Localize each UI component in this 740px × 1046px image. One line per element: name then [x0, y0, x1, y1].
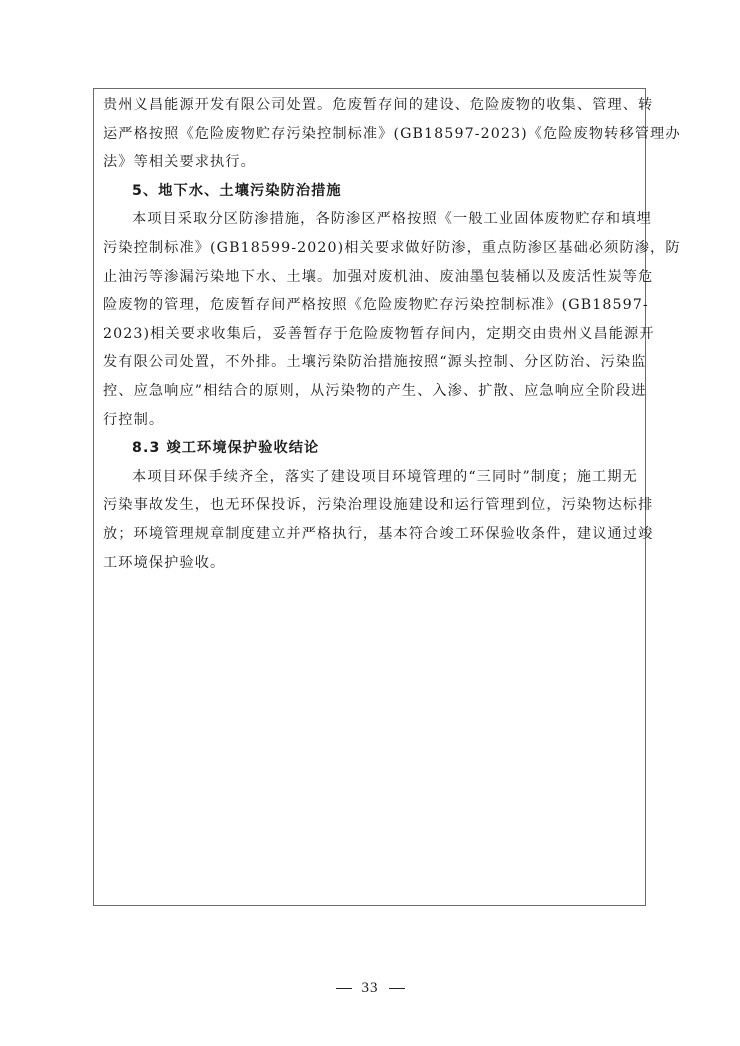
- text-line: 污染控制标准》(GB18599-2020)相关要求做好防渗，重点防渗区基础必须防…: [103, 234, 639, 263]
- text-line: 污染事故发生，也无环保投诉，污染治理设施建设和运行管理到位，污染物达标排: [103, 491, 639, 520]
- page-number: 33: [362, 980, 379, 996]
- dash-right: [389, 988, 405, 989]
- text-line: 险废物的管理，危废暂存间严格按照《危险废物贮存污染控制标准》(GB18597-: [103, 291, 639, 320]
- text-line: 本项目环保手续齐全，落实了建设项目环境管理的“三同时”制度；施工期无: [103, 463, 639, 492]
- page-number-footer: 33: [0, 980, 740, 997]
- text-line: 2023)相关要求收集后，妥善暂存于危险废物暂存间内，定期交由贵州义昌能源开: [103, 320, 639, 349]
- content-table-cell: 贵州义昌能源开发有限公司处置。危废暂存间的建设、危险废物的收集、管理、转 运严格…: [93, 88, 646, 906]
- text-line: 贵州义昌能源开发有限公司处置。危废暂存间的建设、危险废物的收集、管理、转: [103, 91, 639, 120]
- text-line: 本项目采取分区防渗措施，各防渗区严格按照《一般工业固体废物贮存和填埋: [103, 205, 639, 234]
- cell-content: 贵州义昌能源开发有限公司处置。危废暂存间的建设、危险废物的收集、管理、转 运严格…: [103, 91, 639, 577]
- section-heading-acceptance-conclusion: 8.3 竣工环境保护验收结论: [103, 434, 639, 463]
- text-line: 运严格按照《危险废物贮存污染控制标准》(GB18597-2023)《危险废物转移…: [103, 120, 639, 149]
- text-line: 法》等相关要求执行。: [103, 148, 639, 177]
- text-line: 行控制。: [103, 406, 639, 435]
- text-line: 放；环境管理规章制度建立并严格执行，基本符合竣工环保验收条件，建议通过竣: [103, 520, 639, 549]
- dash-left: [336, 988, 352, 989]
- text-line: 发有限公司处置，不外排。土壤污染防治措施按照“源头控制、分区防治、污染监: [103, 348, 639, 377]
- text-line: 工环境保护验收。: [103, 549, 639, 578]
- text-line: 止油污等渗漏污染地下水、土壤。加强对废机油、废油墨包装桶以及废活性炭等危: [103, 263, 639, 292]
- section-heading-groundwater-soil: 5、地下水、土壤污染防治措施: [103, 177, 639, 206]
- text-line: 控、应急响应”相结合的原则，从污染物的产生、入渗、扩散、应急响应全阶段进: [103, 377, 639, 406]
